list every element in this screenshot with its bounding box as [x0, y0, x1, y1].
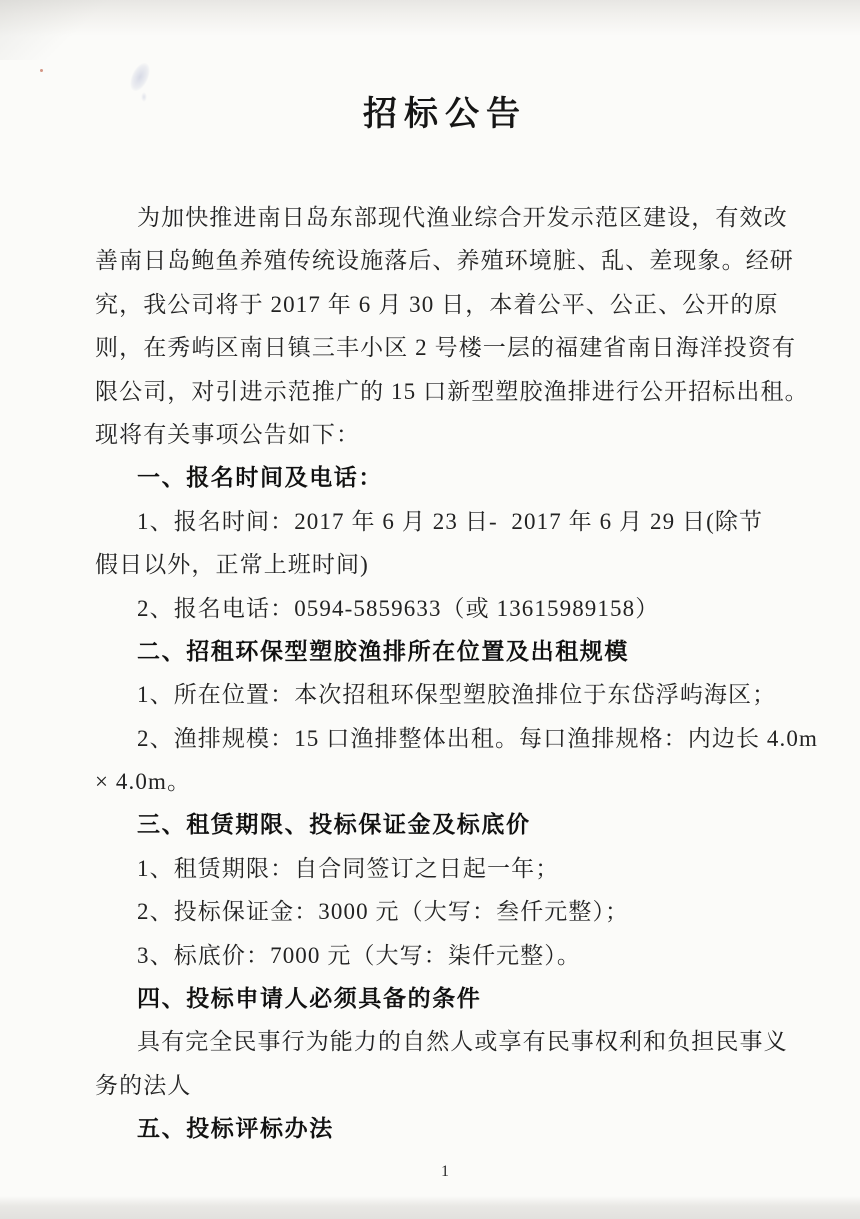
document-title: 招标公告	[95, 86, 795, 135]
section-heading: 二、招租环保型塑胶渔排所在位置及出租规模	[95, 630, 801, 673]
text-line: 具有完全民事行为能力的自然人或享有民事权利和负担民事义	[95, 1020, 801, 1063]
text-line: 1、所在位置：本次招租环保型塑胶渔排位于东岱浮屿海区；	[95, 673, 801, 716]
text-line: 2、渔排规模：15 口渔排整体出租。每口渔排规格：内边长 4.0m	[95, 717, 801, 760]
text-line: 3、标底价：7000 元（大写：柒仟元整）。	[95, 934, 801, 977]
text-line: 则，在秀屿区南日镇三丰小区 2 号楼一层的福建省南日海洋投资有	[95, 326, 801, 369]
text-line: 现将有关事项公告如下：	[95, 413, 801, 456]
section-heading: 三、租赁期限、投标保证金及标底价	[95, 803, 801, 846]
text-line: 究，我公司将于 2017 年 6 月 30 日，本着公平、公正、公开的原	[95, 283, 801, 326]
scanned-document-page: 招标公告 为加快推进南日岛东部现代渔业综合开发示范区建设，有效改善南日岛鲍鱼养殖…	[0, 0, 860, 1219]
text-line: 务的法人	[95, 1064, 801, 1107]
page-number: 1	[95, 1162, 795, 1182]
section-heading: 四、投标申请人必须具备的条件	[95, 977, 801, 1020]
text-line: 假日以外，正常上班时间)	[95, 543, 801, 586]
text-line: 为加快推进南日岛东部现代渔业综合开发示范区建设，有效改	[95, 196, 801, 239]
section-heading: 一、报名时间及电话：	[95, 456, 801, 499]
text-line: 限公司，对引进示范推广的 15 口新型塑胶渔排进行公开招标出租。	[95, 370, 801, 413]
section-heading: 五、投标评标办法	[95, 1107, 801, 1150]
text-line: 2、投标保证金：3000 元（大写：叁仟元整）；	[95, 890, 801, 933]
document-body: 为加快推进南日岛东部现代渔业综合开发示范区建设，有效改善南日岛鲍鱼养殖传统设施落…	[95, 196, 801, 1151]
text-line: 1、报名时间：2017 年 6 月 23 日- 2017 年 6 月 29 日(…	[95, 500, 801, 543]
scan-corner-shade	[0, 0, 120, 60]
text-line: × 4.0m。	[95, 760, 801, 803]
text-line: 善南日岛鲍鱼养殖传统设施落后、养殖环境脏、乱、差现象。经研	[95, 239, 801, 282]
scan-red-speck	[40, 69, 43, 72]
text-line: 1、租赁期限：自合同签订之日起一年；	[95, 847, 801, 890]
text-line: 2、报名电话：0594-5859633（或 13615989158）	[95, 587, 801, 630]
